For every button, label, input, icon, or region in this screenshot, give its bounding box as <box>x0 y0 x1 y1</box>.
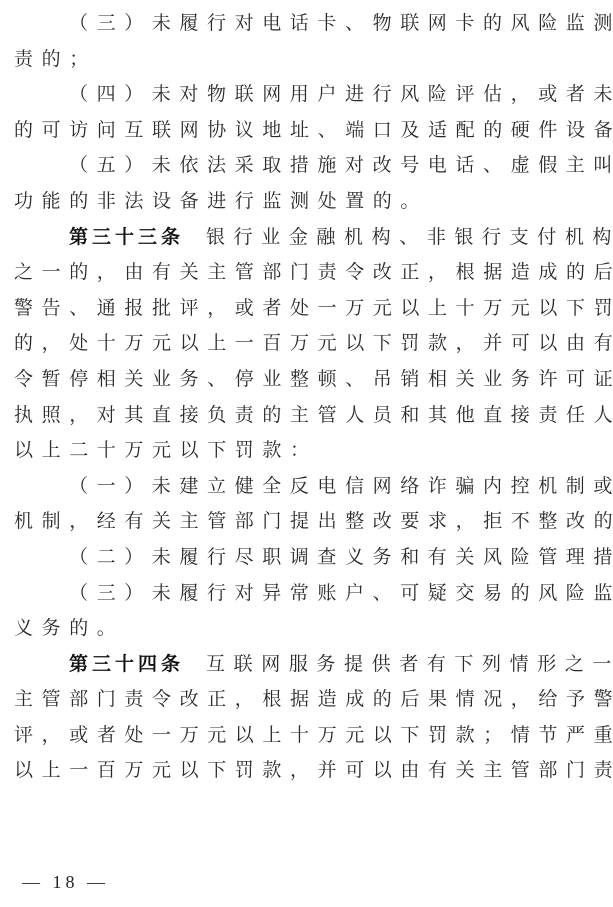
text-line: 义务的。 <box>14 611 604 647</box>
text-line-item-3-telephone-card: （三）未履行对电话卡、物联网卡的风险监测和相关处置职 <box>14 6 604 42</box>
line-text: 以上二十万元以下罚款： <box>14 439 318 461</box>
line-text: 互联网服务提供者有下列情形之一的，由有关 <box>206 653 613 675</box>
line-text: 机制，经有关主管部门提出整改要求，拒不整改的； <box>14 510 613 532</box>
line-text: （四）未对物联网用户进行风险评估，或者未限定物联网卡 <box>69 83 613 105</box>
line-text: 义务的。 <box>14 617 124 639</box>
article-33-heading-line: 第三十三条银行业金融机构、非银行支付机构有下列情形 <box>14 220 604 256</box>
article-34-heading-line: 第三十四条互联网服务提供者有下列情形之一的，由有关 <box>14 647 604 683</box>
line-text: 功能的非法设备进行监测处置的。 <box>14 190 428 212</box>
line-text: 的，处十万元以上一百万元以下罚款，并可以由有关主管部门责 <box>14 332 613 354</box>
text-line: 的，处十万元以上一百万元以下罚款，并可以由有关主管部门责 <box>14 326 604 362</box>
text-line: 令暂停相关业务、停业整顿、吊销相关业务许可证或者吊销营业 <box>14 362 604 398</box>
line-text: （三）未履行对电话卡、物联网卡的风险监测和相关处置职 <box>69 12 613 34</box>
text-line: 之一的，由有关主管部门责令改正，根据造成的后果情况，给予 <box>14 255 604 291</box>
page-number: — 18 — <box>22 872 109 893</box>
line-text: 主管部门责令改正，根据造成的后果情况，给予警告、通报批 <box>14 688 613 710</box>
line-text: （二）未履行尽职调查义务和有关风险管理措施的； <box>69 546 613 568</box>
text-line: 评，或者处一万元以上十万元以下罚款；情节严重的，处十万元 <box>14 718 604 754</box>
line-text: 执照，对其直接负责的主管人员和其他直接责任人员，处一万元 <box>14 404 613 426</box>
line-text: 之一的，由有关主管部门责令改正，根据造成的后果情况，给予 <box>14 261 613 283</box>
text-line: 警告、通报批评，或者处一万元以上十万元以下罚款；情节严重 <box>14 291 604 327</box>
text-line: 执照，对其直接负责的主管人员和其他直接责任人员，处一万元 <box>14 398 604 434</box>
line-text: （三）未履行对异常账户、可疑交易的风险监测和相关处置 <box>69 582 613 604</box>
text-line: 机制，经有关主管部门提出整改要求，拒不整改的； <box>14 504 604 540</box>
text-line: 以上二十万元以下罚款： <box>14 433 604 469</box>
text-line: 主管部门责令改正，根据造成的后果情况，给予警告、通报批 <box>14 682 604 718</box>
line-text: （一）未建立健全反电信网络诈骗内控机制或者未有效落实 <box>69 475 613 497</box>
text-line: 责的； <box>14 42 604 78</box>
line-text: 令暂停相关业务、停业整顿、吊销相关业务许可证或者吊销营业 <box>14 368 613 390</box>
line-text: 的可访问互联网协议地址、端口及适配的硬件设备的； <box>14 119 613 141</box>
line-text: 警告、通报批评，或者处一万元以上十万元以下罚款；情节严重 <box>14 297 613 319</box>
text-line-item-2-due-diligence: （二）未履行尽职调查义务和有关风险管理措施的； <box>14 540 604 576</box>
document-page: （三）未履行对电话卡、物联网卡的风险监测和相关处置职 责的； （四）未对物联网用… <box>14 6 604 789</box>
text-line: 以上一百万元以下罚款，并可以由有关主管部门责令暂停相关业 <box>14 753 604 789</box>
text-line-item-4-iot: （四）未对物联网用户进行风险评估，或者未限定物联网卡 <box>14 77 604 113</box>
line-text: 银行业金融机构、非银行支付机构有下列情形 <box>206 226 613 248</box>
line-text: （五）未依法采取措施对改号电话、虚假主叫或者具有相应 <box>69 154 613 176</box>
text-line-item-1-internal-control: （一）未建立健全反电信网络诈骗内控机制或者未有效落实 <box>14 469 604 505</box>
line-text: 责的； <box>14 48 97 70</box>
article-34-title: 第三十四条 <box>69 653 184 675</box>
line-text: 以上一百万元以下罚款，并可以由有关主管部门责令暂停相关业 <box>14 759 613 781</box>
text-line-item-3-abnormal-accounts: （三）未履行对异常账户、可疑交易的风险监测和相关处置 <box>14 576 604 612</box>
text-line: 功能的非法设备进行监测处置的。 <box>14 184 604 220</box>
article-33-title: 第三十三条 <box>69 226 184 248</box>
text-line-item-5-spoofed-calls: （五）未依法采取措施对改号电话、虚假主叫或者具有相应 <box>14 148 604 184</box>
line-text: 评，或者处一万元以上十万元以下罚款；情节严重的，处十万元 <box>14 724 613 746</box>
text-line: 的可访问互联网协议地址、端口及适配的硬件设备的； <box>14 113 604 149</box>
